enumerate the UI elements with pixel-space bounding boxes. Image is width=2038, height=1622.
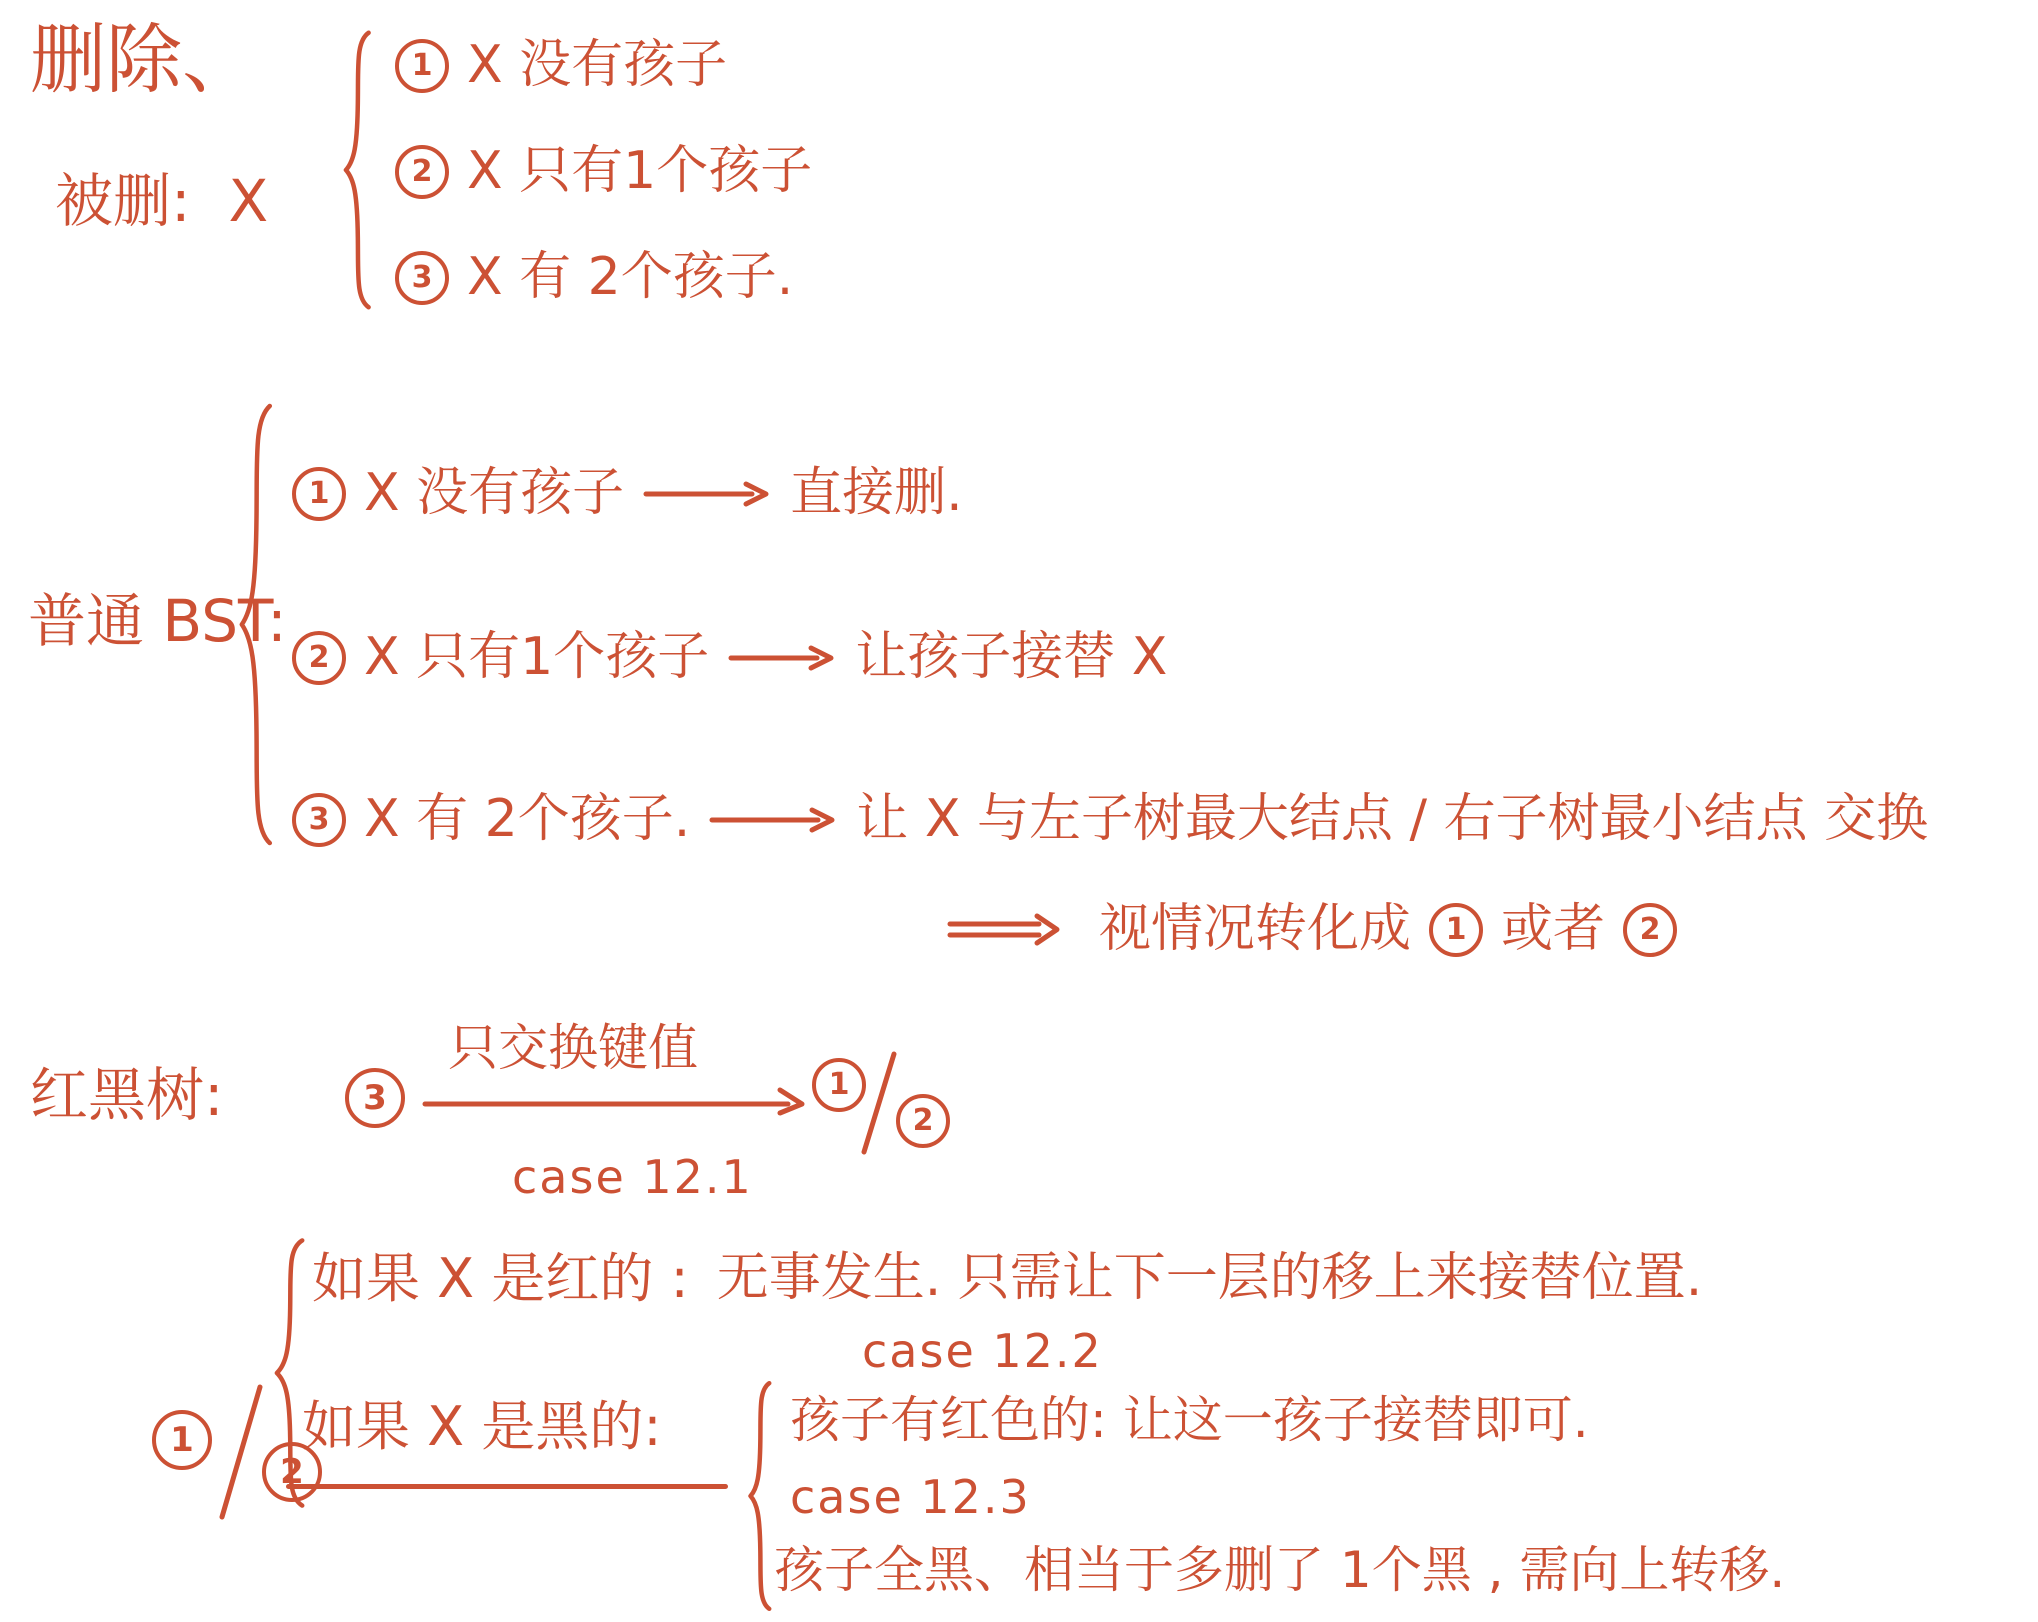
transform-arrow-icon <box>420 1082 810 1116</box>
bst-brace <box>232 392 274 857</box>
case-text: X 只有1个孩子 <box>467 142 812 202</box>
case-12-2-label: case 12.2 <box>862 1326 1103 1377</box>
red-condition: 如果 X 是红的 : <box>312 1248 689 1310</box>
transform-from-number: 3 <box>345 1068 405 1128</box>
bst-action: 让孩子接替 X <box>855 628 1167 688</box>
circled-number: 1 <box>292 467 346 521</box>
slash-icon <box>210 1382 266 1522</box>
bst-condition: X 只有1个孩子 <box>364 628 709 688</box>
note-text: 或者 <box>1501 900 1605 960</box>
circled-number: 2 <box>292 631 346 685</box>
top-case-3: 3 X 有 2个孩子. <box>395 248 793 308</box>
case-12-3-label: case 12.3 <box>790 1472 1031 1523</box>
top-case-2: 2 X 只有1个孩子 <box>395 142 812 202</box>
bst-condition: X 有 2个孩子. <box>364 790 690 850</box>
circled-number: 3 <box>395 251 449 305</box>
circled-number: 2 <box>395 145 449 199</box>
bst-action: 让 X 与左子树最大结点 / 右子树最小结点 交换 <box>856 790 1928 850</box>
circled-number: 3 <box>292 793 346 847</box>
circled-number: 1 <box>395 39 449 93</box>
arrow-icon <box>727 644 837 672</box>
bst-condition: X 没有孩子 <box>364 464 624 524</box>
black-red-child-text: 孩子有红色的: 让这一孩子接替即可. <box>790 1392 1589 1450</box>
rbt-label: 红黑树: <box>30 1062 224 1129</box>
black-condition-underline <box>286 1484 728 1489</box>
black-all-black-text: 孩子全黑、相当于多删了 1个黑 , 需向上转移. <box>774 1542 1785 1600</box>
page-title: 删除、 <box>30 18 258 102</box>
bst-case-3: 3 X 有 2个孩子. 让 X 与左子树最大结点 / 右子树最小结点 交换 <box>292 790 1928 850</box>
circled-number: 2 <box>1623 903 1677 957</box>
black-condition: 如果 X 是黑的: <box>302 1396 662 1458</box>
bst-case-1: 1 X 没有孩子 直接删. <box>292 464 963 524</box>
top-case-1: 1 X 没有孩子 <box>395 36 727 96</box>
double-arrow-icon <box>945 912 1065 948</box>
case-text: X 没有孩子 <box>467 36 727 96</box>
nested-brace <box>744 1376 772 1616</box>
case-text: X 有 2个孩子. <box>467 248 793 308</box>
arrow-icon <box>642 480 772 508</box>
branch-brace <box>268 1232 306 1514</box>
arrow-icon <box>708 806 838 834</box>
bst-note-row: 视情况转化成 1 或者 2 <box>945 900 1677 960</box>
handwritten-note-page: 删除、 被删: X 1 X 没有孩子 2 X 只有1个孩子 3 X 有 2个孩子… <box>0 0 2038 1622</box>
transform-case-label: case 12.1 <box>512 1152 753 1203</box>
circled-number: 1 <box>1429 903 1483 957</box>
bst-action: 直接删. <box>790 464 963 524</box>
slash-icon <box>854 1048 900 1158</box>
circled-number: 1 <box>152 1410 212 1470</box>
note-text: 视情况转化成 <box>1099 900 1411 960</box>
deleted-label: 被删: <box>55 168 191 235</box>
circled-number: 2 <box>896 1094 950 1148</box>
top-brace <box>338 24 372 316</box>
bst-case-2: 2 X 只有1个孩子 让孩子接替 X <box>292 628 1167 688</box>
transform-arrow-top-label: 只交换键值 <box>448 1020 698 1078</box>
variable-x: X <box>229 168 269 235</box>
red-action: 无事发生. 只需让下一层的移上来接替位置. <box>717 1249 1703 1309</box>
deleted-node-row: 被删: X <box>55 168 268 235</box>
red-branch-row: 如果 X 是红的 : 无事发生. 只需让下一层的移上来接替位置. <box>312 1248 1702 1310</box>
transform-target: 1 2 <box>812 1048 962 1158</box>
